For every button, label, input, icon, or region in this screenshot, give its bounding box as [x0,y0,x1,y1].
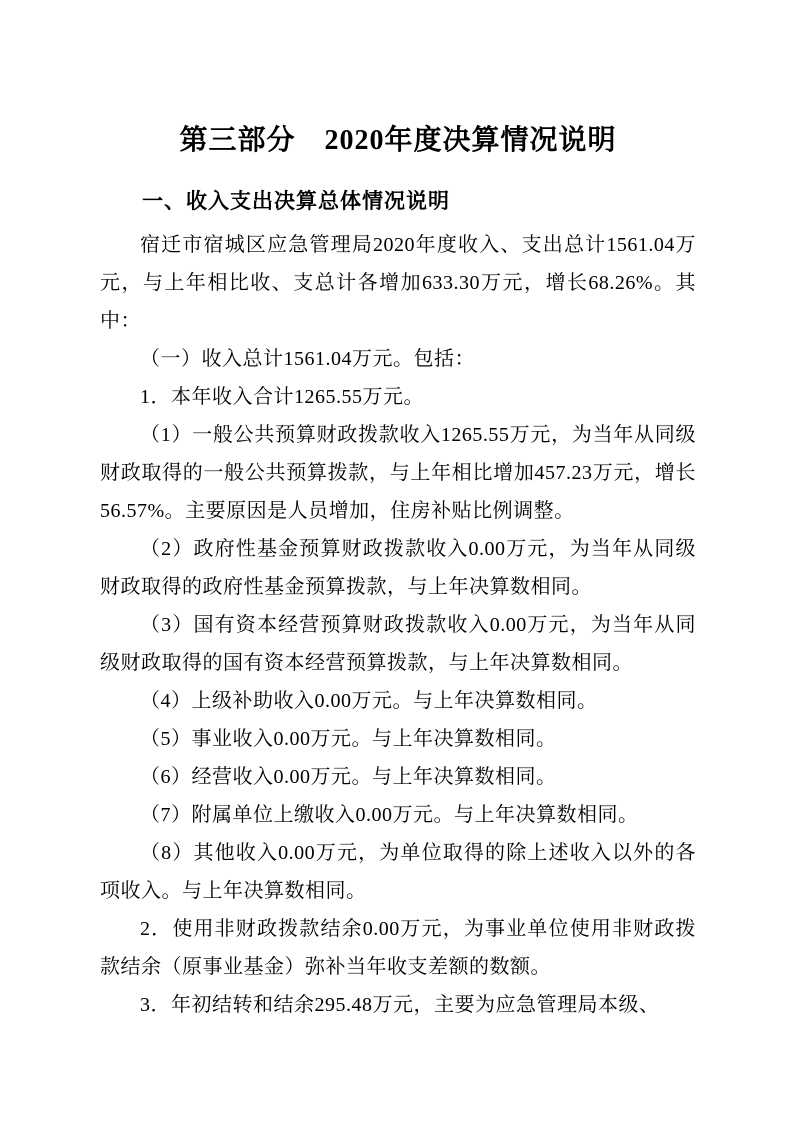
document-page: 第三部分 2020年度决算情况说明 一、收入支出决算总体情况说明 宿迁市宿城区应… [0,0,793,1122]
paragraph: （一）收入总计1561.04万元。包括： [100,340,696,378]
document-body: 宿迁市宿城区应急管理局2020年度收入、支出总计1561.04万元，与上年相比收… [100,226,696,1024]
paragraph: 宿迁市宿城区应急管理局2020年度收入、支出总计1561.04万元，与上年相比收… [100,226,696,340]
paragraph: 3．年初结转和结余295.48万元，主要为应急管理局本级、 [100,986,696,1024]
section-heading: 一、收入支出决算总体情况说明 [100,187,696,217]
paragraph: （1）一般公共预算财政拨款收入1265.55万元，为当年从同级财政取得的一般公共… [100,416,696,530]
paragraph: （2）政府性基金预算财政拨款收入0.00万元，为当年从同级财政取得的政府性基金预… [100,530,696,606]
paragraph: 2．使用非财政拨款结余0.00万元，为事业单位使用非财政拨款结余（原事业基金）弥… [100,910,696,986]
paragraph: （7）附属单位上缴收入0.00万元。与上年决算数相同。 [100,796,696,834]
paragraph: （8）其他收入0.00万元，为单位取得的除上述收入以外的各项收入。与上年决算数相… [100,834,696,910]
paragraph: （3）国有资本经营预算财政拨款收入0.00万元，为当年从同级财政取得的国有资本经… [100,606,696,682]
paragraph: （5）事业收入0.00万元。与上年决算数相同。 [100,720,696,758]
paragraph: （6）经营收入0.00万元。与上年决算数相同。 [100,758,696,796]
paragraph: （4）上级补助收入0.00万元。与上年决算数相同。 [100,682,696,720]
page-title: 第三部分 2020年度决算情况说明 [100,121,696,161]
paragraph: 1．本年收入合计1265.55万元。 [100,378,696,416]
